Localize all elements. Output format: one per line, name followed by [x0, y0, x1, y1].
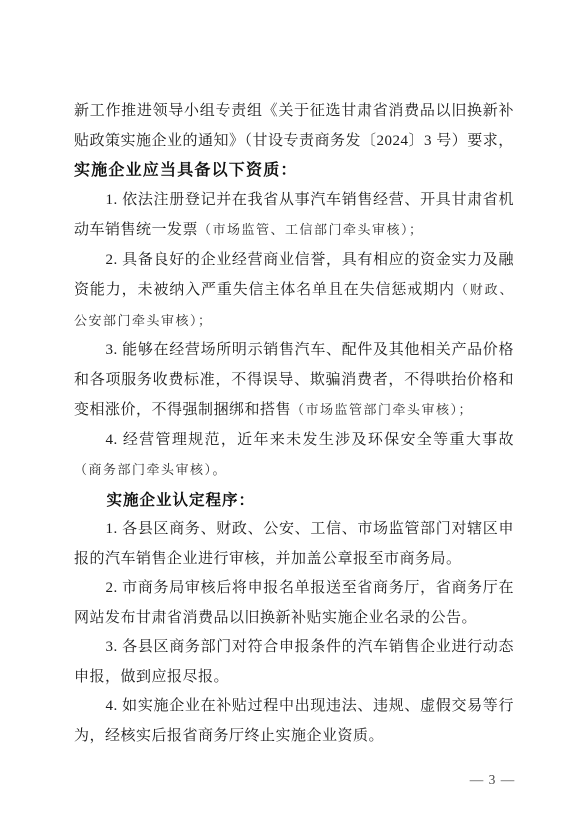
intro-text: 新工作推进领导小组专责组《关于征选甘肃省消费品以旧换新补贴政策实施企业的通知》（…: [74, 103, 514, 149]
procedure-item-3: 3. 各县区商务部门对符合申报条件的汽车销售企业进行动态申报，做到应报尽报。: [74, 633, 514, 692]
document-page: 新工作推进领导小组专责组《关于征选甘肃省消费品以旧换新补贴政策实施企业的通知》（…: [0, 0, 588, 834]
qualification-text: 2. 具备良好的企业经营商业信誉，具有相应的资金实力及融资能力，未被纳入严重失信…: [74, 252, 514, 299]
procedure-item-4: 4. 如实施企业在补贴过程中出现违法、违规、虚假交易等行为，经核实后报省商务厅终…: [74, 692, 514, 751]
qualifications-heading: 实施企业应当具备以下资质：: [74, 156, 514, 186]
qualification-item-1: 1. 依法注册登记并在我省从事汽车销售经营、开具甘肃省机动车销售统一发票（市场监…: [74, 186, 514, 246]
procedure-text: 4. 如实施企业在补贴过程中出现违法、违规、虚假交易等行为，经核实后报省商务厅终…: [74, 698, 514, 744]
procedure-item-1: 1. 各县区商务、财政、公安、工信、市场监管部门对辖区申报的汽车销售企业进行审核…: [74, 515, 514, 574]
lead-agency-note: （商务部门牵头审核）。: [74, 462, 227, 477]
procedure-heading: 实施企业认定程序：: [74, 486, 514, 516]
qualification-item-3: 3. 能够在经营场所明示销售汽车、配件及其他相关产品价格和各项服务收费标准，不得…: [74, 336, 514, 426]
lead-agency-note: （市场监管部门牵头审核）；: [291, 402, 473, 417]
qualification-item-4: 4. 经营管理规范，近年来未发生涉及环保安全等重大事故（商务部门牵头审核）。: [74, 426, 514, 486]
procedure-text: 3. 各县区商务部门对符合申报条件的汽车销售企业进行动态申报，做到应报尽报。: [74, 639, 514, 685]
procedure-text: 2. 市商务局审核后将申报名单报送至省商务厅，省商务厅在网站发布甘肃省消费品以旧…: [74, 580, 514, 626]
qualification-item-2: 2. 具备良好的企业经营商业信誉，具有相应的资金实力及融资能力，未被纳入严重失信…: [74, 246, 514, 337]
lead-agency-note: （市场监管、工信部门牵头审核）；: [198, 222, 424, 237]
intro-paragraph: 新工作推进领导小组专责组《关于征选甘肃省消费品以旧换新补贴政策实施企业的通知》（…: [74, 97, 514, 156]
document-body-text: 新工作推进领导小组专责组《关于征选甘肃省消费品以旧换新补贴政策实施企业的通知》（…: [74, 97, 514, 751]
procedure-item-2: 2. 市商务局审核后将申报名单报送至省商务厅，省商务厅在网站发布甘肃省消费品以旧…: [74, 574, 514, 633]
procedure-text: 1. 各县区商务、财政、公安、工信、市场监管部门对辖区申报的汽车销售企业进行审核…: [74, 521, 514, 567]
qualification-text: 4. 经营管理规范，近年来未发生涉及环保安全等重大事故: [106, 432, 515, 448]
page-number: — 3 —: [440, 772, 545, 788]
